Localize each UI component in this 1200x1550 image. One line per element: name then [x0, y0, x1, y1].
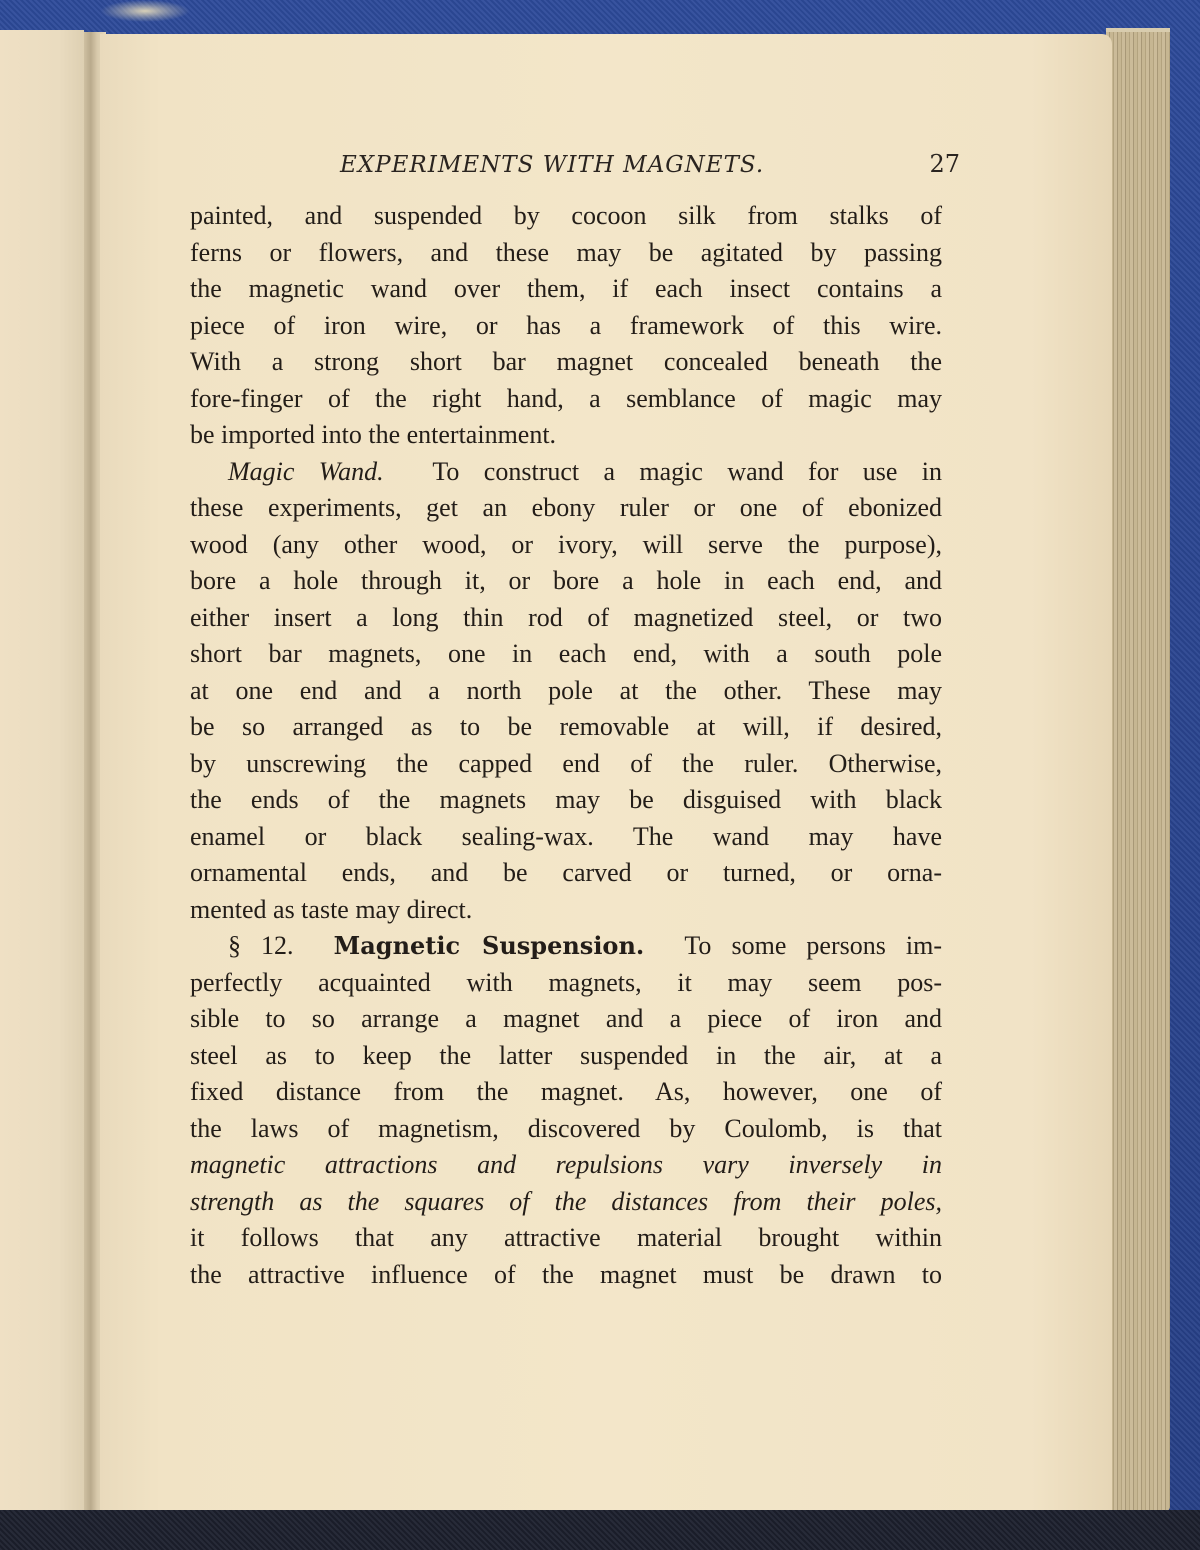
section-first-line: § 12. Magnetic Suspension. To some perso… — [190, 928, 942, 965]
text-line: steel as to keep the latter suspended in… — [190, 1038, 942, 1075]
text-line: piece of iron wire, or has a framework o… — [190, 308, 942, 345]
italic-law-line: strength as the squares of the distances… — [190, 1184, 942, 1221]
text-line: be imported into the entertainment. — [190, 417, 942, 454]
text-line: wood (any other wood, or ivory, will ser… — [190, 527, 942, 564]
facing-page-left — [0, 30, 84, 1512]
text-run: To some persons im- — [684, 931, 942, 960]
paragraph-first-line: Magic Wand. To construct a magic wand fo… — [190, 454, 942, 491]
body-text: painted, and suspended by cocoon silk fr… — [190, 198, 942, 1293]
page-edges — [1106, 28, 1170, 1512]
running-head: EXPERIMENTS WITH MAGNETS. 27 — [340, 150, 960, 186]
text-line: short bar magnets, one in each end, with… — [190, 636, 942, 673]
italic-law-line: magnetic attractions and repulsions vary… — [190, 1147, 942, 1184]
running-title: EXPERIMENTS WITH MAGNETS. — [340, 152, 764, 178]
text-line: fixed distance from the magnet. As, howe… — [190, 1074, 942, 1111]
text-line: it follows that any attractive material … — [190, 1220, 942, 1257]
section-number: § 12. — [228, 931, 294, 960]
frayed-cover-edge — [100, 0, 190, 22]
text-line: by unscrewing the capped end of the rule… — [190, 746, 942, 783]
text-line: the laws of magnetism, discovered by Cou… — [190, 1111, 942, 1148]
text-line: painted, and suspended by cocoon silk fr… — [190, 198, 942, 235]
text-line: sible to so arrange a magnet and a piece… — [190, 1001, 942, 1038]
text-line: at one end and a north pole at the other… — [190, 673, 942, 710]
text-line: perfectly acquainted with magnets, it ma… — [190, 965, 942, 1002]
text-line: ferns or flowers, and these may be agita… — [190, 235, 942, 272]
text-line: the attractive influence of the magnet m… — [190, 1257, 942, 1294]
section-heading: Magnetic Suspension. — [334, 931, 645, 960]
text-line: With a strong short bar magnet concealed… — [190, 344, 942, 381]
page-number: 27 — [929, 150, 960, 178]
table-surface — [0, 1510, 1200, 1550]
text-line: mented as taste may direct. — [190, 892, 942, 929]
text-line: enamel or black sealing-wax. The wand ma… — [190, 819, 942, 856]
text-line: ornamental ends, and be carved or turned… — [190, 855, 942, 892]
text-line: be so arranged as to be removable at wil… — [190, 709, 942, 746]
text-line: these experiments, get an ebony ruler or… — [190, 490, 942, 527]
text-line: the magnetic wand over them, if each ins… — [190, 271, 942, 308]
text-line: the ends of the magnets may be disguised… — [190, 782, 942, 819]
text-run: To construct a magic wand for use in — [432, 457, 942, 486]
text-line: either insert a long thin rod of magneti… — [190, 600, 942, 637]
text-line: fore-finger of the right hand, a semblan… — [190, 381, 942, 418]
text-line: bore a hole through it, or bore a hole i… — [190, 563, 942, 600]
run-in-heading-magic-wand: Magic Wand. — [228, 457, 384, 486]
